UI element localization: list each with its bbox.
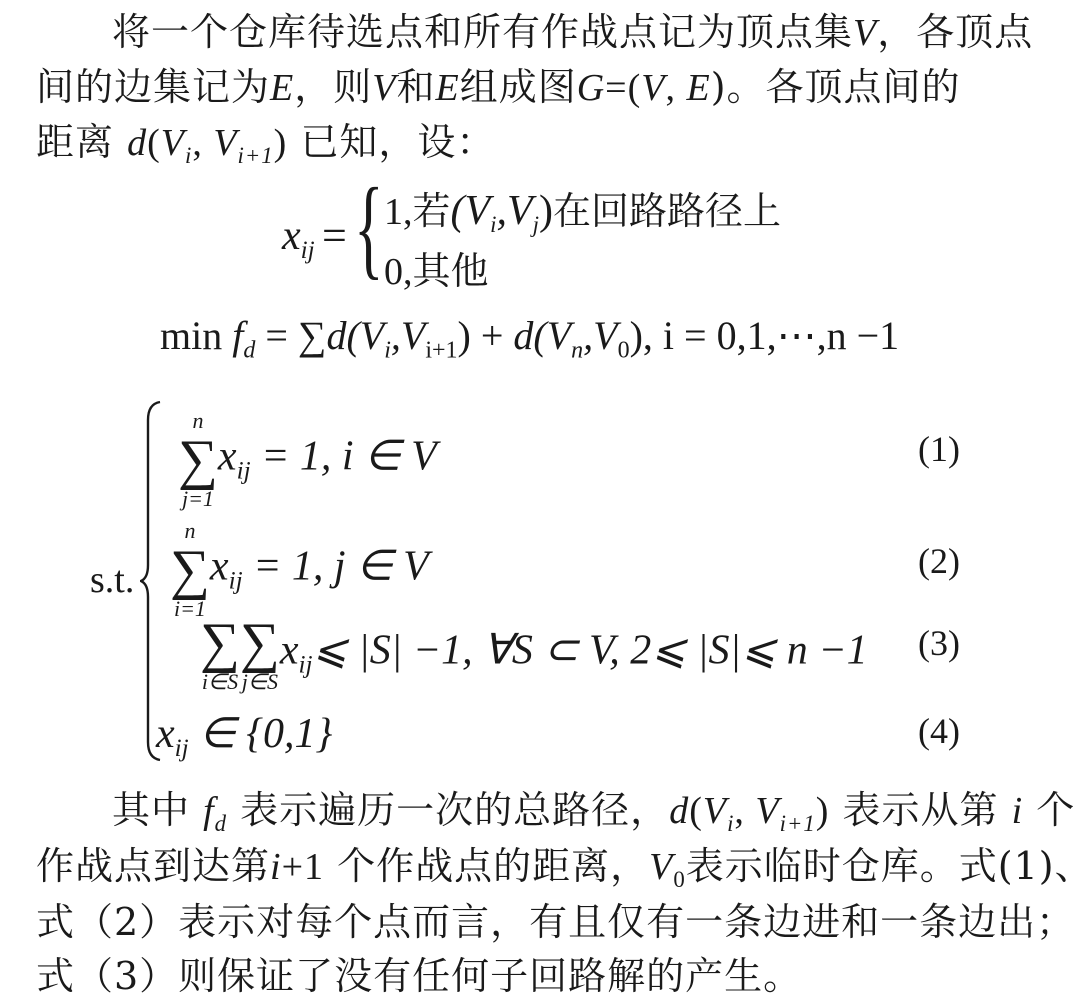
text: ，则 xyxy=(294,65,372,109)
st-label: s.t. xyxy=(90,558,134,602)
constraint-3: ∑ i∈S ∑ j∈S xij⩽ |S| −1, ∀S ⊂ V, 2⩽ |S|⩽… xyxy=(200,615,868,693)
text: 间的边集记为 xyxy=(36,65,270,109)
math: ,V xyxy=(391,313,425,358)
summation: ∑ j∈S xyxy=(240,615,280,693)
objective-equation: min fd = ∑d(Vi,Vi+1) + d(Vn,V0), i = 0,1… xyxy=(160,312,899,359)
subscript: 0 xyxy=(673,867,685,892)
equation-number: (2) xyxy=(918,540,960,582)
subscript: i+1 xyxy=(238,143,274,168)
math: ), i = 0,1,⋯,n −1 xyxy=(630,313,900,358)
math-i: i xyxy=(270,846,282,888)
paragraph-2-line-4: 式（3）则保证了没有任何子回路解的产生。 xyxy=(36,946,802,1006)
text: , xyxy=(192,122,213,164)
text: ( xyxy=(147,122,161,164)
case-2: 0,其他 xyxy=(384,240,489,295)
math-x: x xyxy=(210,544,229,590)
text: 组成图 xyxy=(460,65,577,109)
equation-number: (3) xyxy=(918,622,960,664)
summation: n ∑ i=1 xyxy=(170,520,210,620)
sigma-icon: ∑ xyxy=(240,615,280,671)
math: ,V xyxy=(583,313,617,358)
subscript: i+1 xyxy=(425,337,457,363)
math: ) + xyxy=(458,313,514,358)
math: ,V xyxy=(497,188,533,234)
subscript: d xyxy=(215,811,227,836)
equation-number: (1) xyxy=(918,428,960,470)
math-f: f xyxy=(232,313,243,358)
math-E: E xyxy=(270,67,294,109)
equation-number: (4) xyxy=(918,710,960,752)
text: 个作战点的距离， xyxy=(337,844,649,888)
subscript: 0 xyxy=(618,337,630,363)
constraint-1: n ∑ j=1 xij = 1, i ∈ V xyxy=(178,410,437,510)
lower-limit: j=1 xyxy=(178,488,218,510)
math-V: V xyxy=(649,846,673,888)
math-x: x xyxy=(280,628,299,674)
paragraph-2-line-3: 式（2）表示对每个点而言，有且仅有一条边进和一条边出； xyxy=(36,892,1075,952)
math-V: V xyxy=(372,67,396,109)
text: 在回路路径上 xyxy=(553,191,781,233)
text: 1,若 xyxy=(384,191,451,233)
text: 表示遍历一次的总路径， xyxy=(240,788,669,832)
summation: ∑ i∈S xyxy=(200,615,240,693)
lhs: xij xyxy=(282,212,315,260)
text: 将一个仓库待选点和所有作战点记为顶点集 xyxy=(112,10,853,54)
math: = 1, j ∈ V xyxy=(243,544,429,590)
subscript: d xyxy=(243,337,255,363)
math-V: V xyxy=(161,122,185,164)
math-d: d xyxy=(669,790,689,832)
text: ( xyxy=(689,790,703,832)
math-x: x xyxy=(282,213,301,259)
subscript: ij xyxy=(229,567,243,594)
paragraph-2-line-2: 作战点到达第i+1 个作战点的距离，V0表示临时仓库。式(1)、 xyxy=(36,836,1075,897)
lower-limit: i∈S xyxy=(200,671,240,693)
sigma-icon: ∑ xyxy=(170,542,210,598)
summation: n ∑ j=1 xyxy=(178,410,218,510)
text: 其中 xyxy=(112,788,190,832)
text: , xyxy=(734,790,755,832)
math: (V xyxy=(346,313,384,358)
paragraph-1-line-2: 间的边集记为E，则V和E组成图G=(V, E)。各顶点间的 xyxy=(36,57,961,118)
math-V: V xyxy=(641,67,665,109)
math-V: V xyxy=(853,12,877,54)
math: ⩽ |S| −1, ∀S ⊂ V, 2⩽ |S|⩽ n −1 xyxy=(313,628,868,674)
subscript: n xyxy=(571,337,583,363)
sum-sign: = ∑ xyxy=(255,313,326,358)
paragraph-1-line-1: 将一个仓库待选点和所有作战点记为顶点集V，各顶点 xyxy=(112,2,1033,63)
math-d: d xyxy=(326,313,346,358)
text: =( xyxy=(605,67,641,109)
subscript: ij xyxy=(237,457,251,484)
text: 作战点到达第 xyxy=(36,844,270,888)
text: 和 xyxy=(396,65,435,109)
text: 已知，设： xyxy=(300,120,495,164)
text: 表示临时仓库。式(1)、 xyxy=(686,844,1075,888)
math-d: d xyxy=(127,122,147,164)
math-x: x xyxy=(218,434,237,480)
math-V: V xyxy=(755,790,779,832)
math-V: V xyxy=(703,790,727,832)
lower-limit: j∈S xyxy=(240,671,280,693)
subscript: ij xyxy=(301,237,315,264)
subscript: ij xyxy=(175,735,189,762)
sigma-icon: ∑ xyxy=(200,615,240,671)
math: ) xyxy=(539,188,553,234)
text: +1 xyxy=(282,846,324,888)
math: (V xyxy=(451,188,491,234)
text: 个 xyxy=(1036,788,1075,832)
subscript: i xyxy=(384,337,391,363)
case-1: 1,若(Vi,Vj)在回路路径上 xyxy=(384,180,781,235)
paragraph-1-line-3: 距离 d(Vi, Vi+1) 已知，设： xyxy=(36,112,495,173)
math-V: V xyxy=(213,122,237,164)
math: = 1, i ∈ V xyxy=(251,434,437,480)
subscript: ij xyxy=(299,651,313,678)
text: ，各顶点 xyxy=(877,10,1033,54)
sigma-icon: ∑ xyxy=(178,432,218,488)
math-i: i xyxy=(1012,790,1024,832)
constraint-2: n ∑ i=1 xij = 1, j ∈ V xyxy=(170,520,429,620)
equals-sign: = xyxy=(322,210,347,261)
math-x: x xyxy=(156,711,175,757)
math-f: f xyxy=(203,790,215,832)
subscript: i+1 xyxy=(780,811,816,836)
paragraph-2-line-1: 其中 fd 表示遍历一次的总路径，d(Vi, Vi+1) 表示从第 i 个 xyxy=(112,780,1075,841)
text: 距离 xyxy=(36,120,114,164)
math: (V xyxy=(533,313,571,358)
text: ) xyxy=(816,790,830,832)
min-label: min xyxy=(160,313,222,358)
math-d: d xyxy=(513,313,533,358)
math-G: G xyxy=(577,67,605,109)
left-brace: { xyxy=(354,172,384,284)
math-E: E xyxy=(435,67,459,109)
text: , xyxy=(665,67,686,109)
math: ∈ {0,1} xyxy=(189,711,333,757)
constraint-4: xij ∈ {0,1} xyxy=(156,708,332,758)
text: ) xyxy=(274,122,288,164)
text: 表示从第 xyxy=(843,788,999,832)
math-E: E xyxy=(686,67,710,109)
text: )。各顶点间的 xyxy=(711,65,961,109)
